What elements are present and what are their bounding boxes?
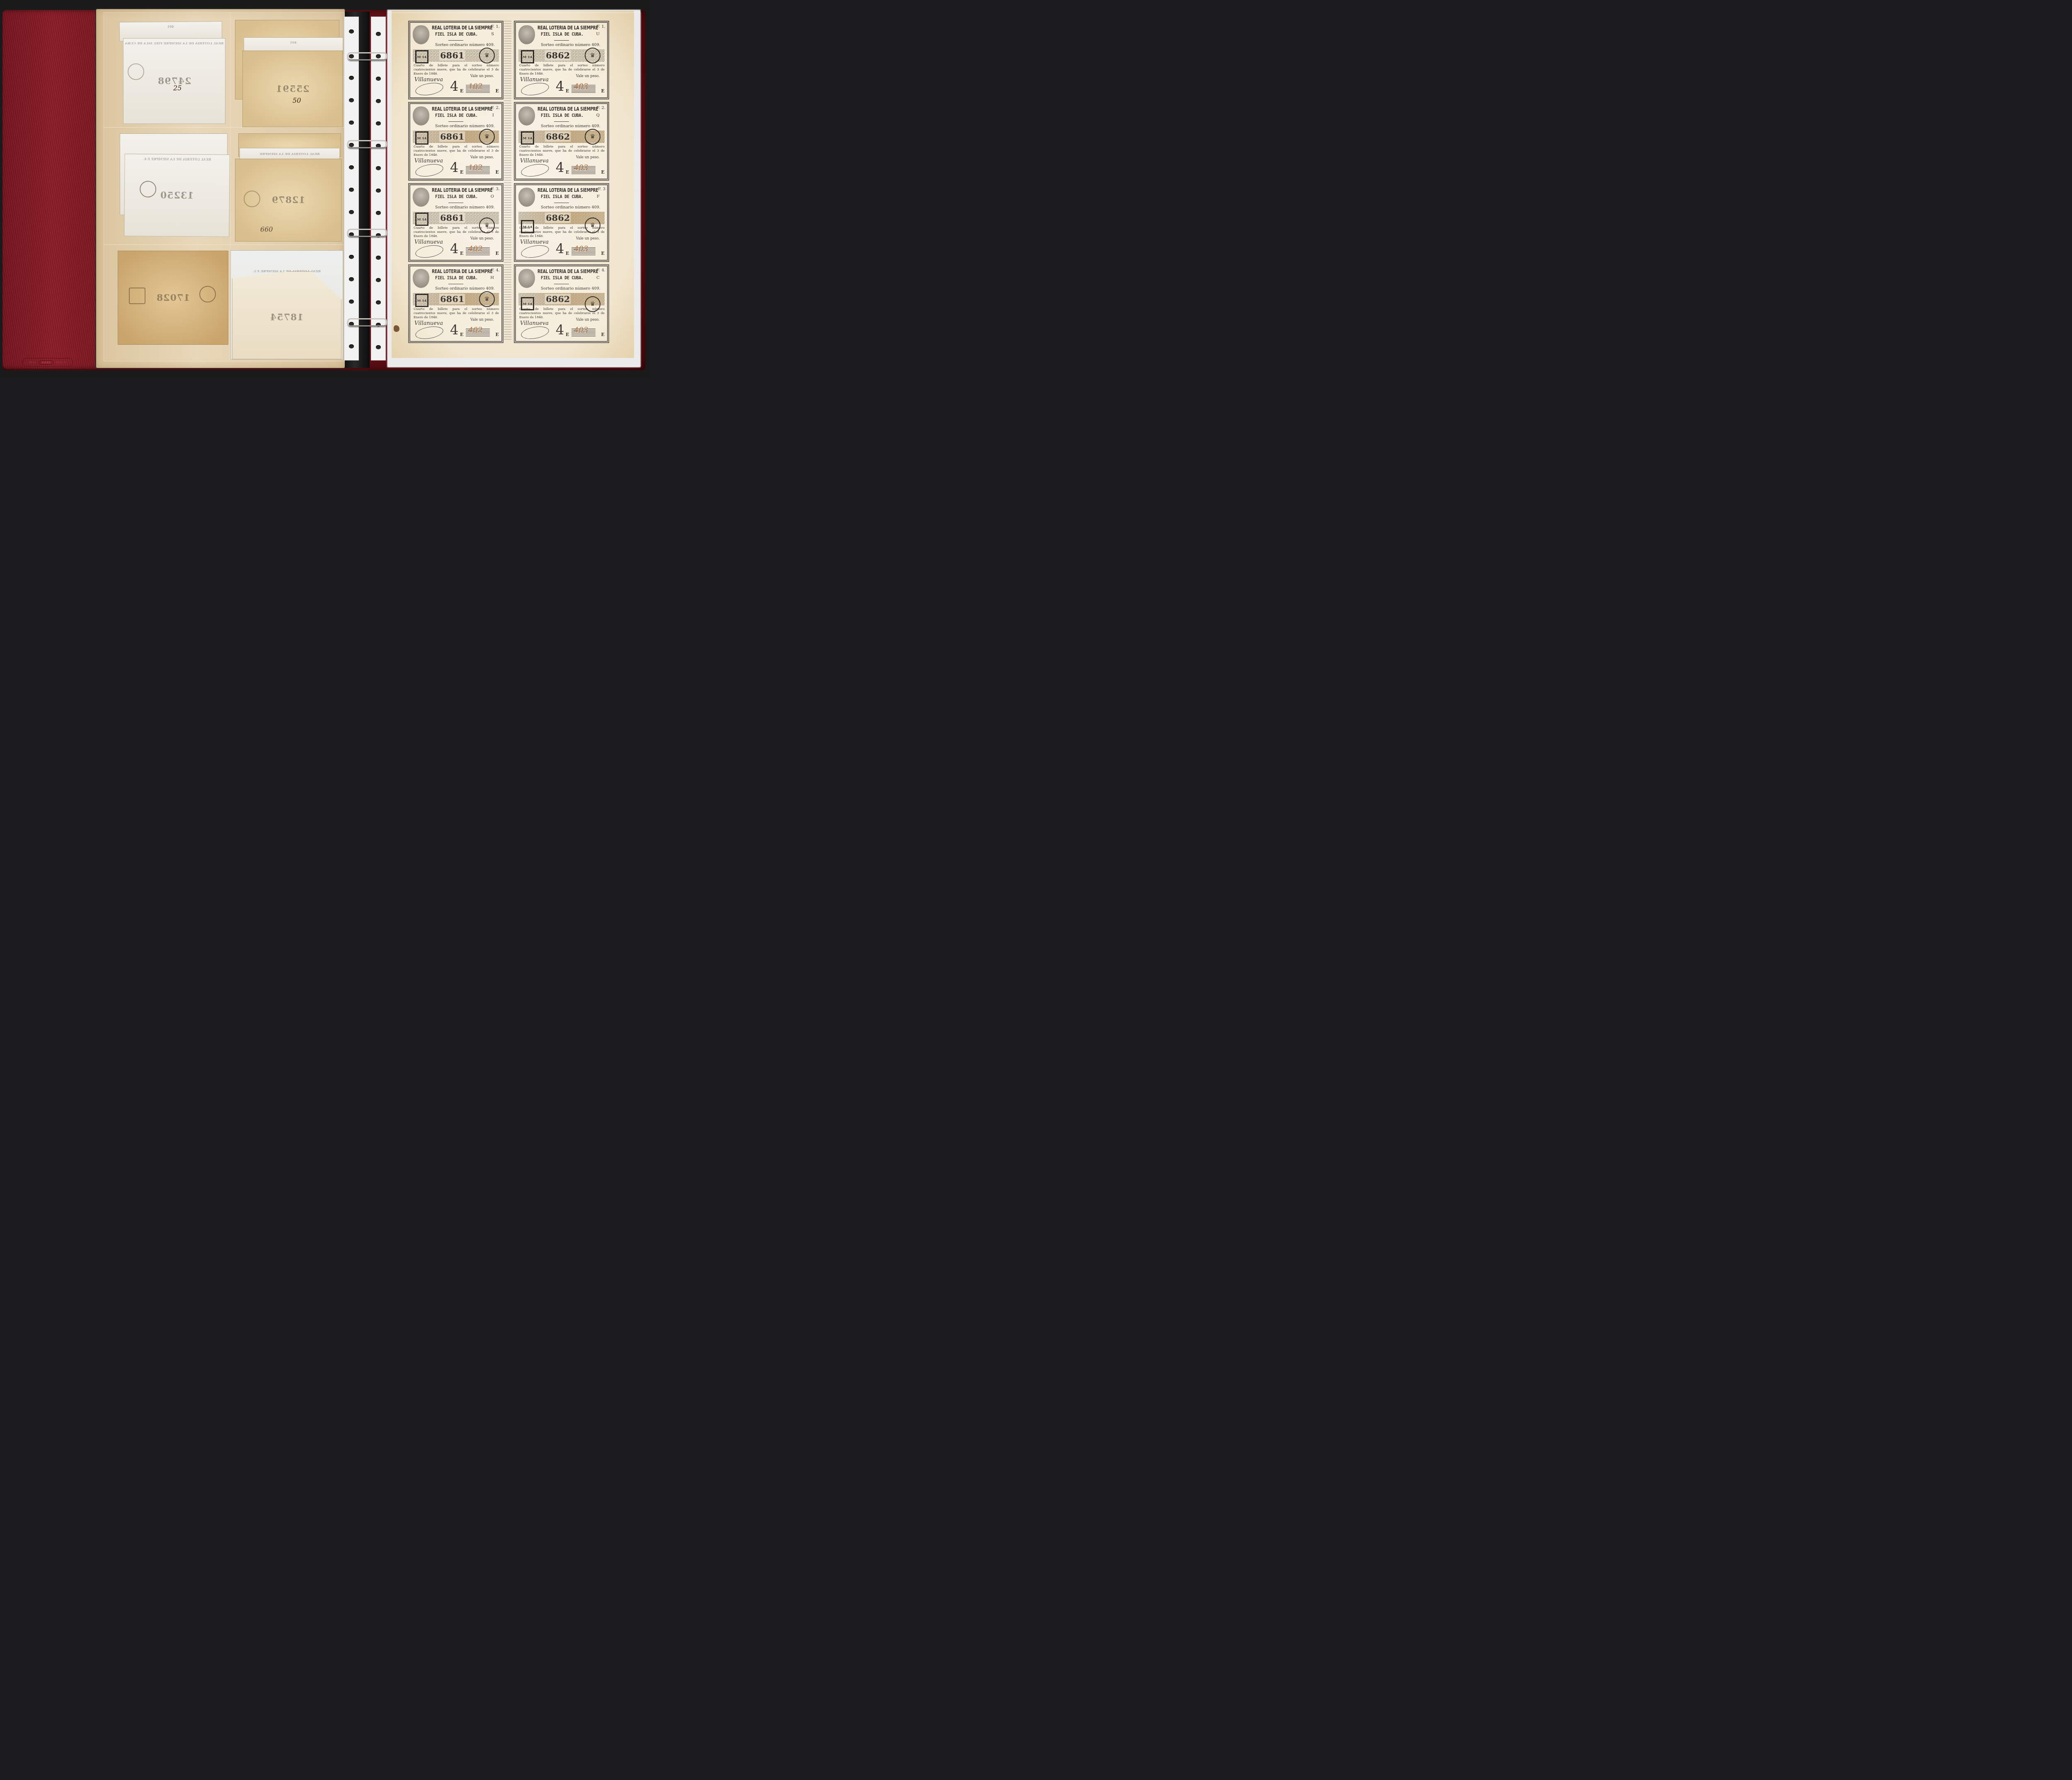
fraction-numeral: 4 [450,241,458,256]
pocket-divider [104,127,344,128]
lottery-ticket[interactable]: 25591 50 [242,51,343,127]
lottery-ticket-6861-f2[interactable]: REAL LOTERIA DE LA SIEMPRE FIEL ISLA DE … [408,102,503,181]
lottery-ticket[interactable]: REAL LOTERIA DE LA SIEMPRE F.4. 13250 [124,154,230,237]
coat-of-arms-icon [518,25,535,44]
crown-stamp-icon: ♛ [479,129,495,145]
fraction-numeral: 4 [556,160,564,175]
punch-hole [376,166,381,170]
album-photo: M.H. KABE 32A G 401 REAL LOTERIA DE LA S… [0,0,650,377]
square-stamp-icon: M 14 [415,294,428,307]
ticket-value: Vale un peso. [576,155,600,160]
ticket-draw-number: 401 [244,40,343,44]
ticket-number: 18754 [270,312,304,323]
divider [554,40,569,41]
punch-hole [376,256,381,260]
ticket-draw-number: 401 [120,24,222,29]
square-stamp-icon: M 14 [415,131,428,145]
punch-hole [349,344,354,348]
ticket-subtitle: FIEL ISLA DE CUBA. [541,276,583,281]
punch-hole [376,345,381,349]
square-stamp-icon: M 14 [521,50,534,63]
letter-e: E [460,169,463,175]
ticket-number: 6861 [439,50,465,60]
series-letter: C [596,276,600,280]
handwritten-number: 402 [468,326,482,335]
lottery-ticket-6861-f1[interactable]: REAL LOTERIA DE LA SIEMPRE FIEL ISLA DE … [408,21,503,99]
ticket-subtitle: FIEL ISLA DE CUBA. [541,32,583,37]
fraction-numeral: 4 [450,160,458,175]
sheet-center-border [504,21,511,340]
punch-hole [349,255,354,259]
square-stamp-icon: M 14 [521,131,534,145]
signature: Villanueva [520,158,549,164]
signature: Villanueva [414,158,443,164]
signature-flourish [520,162,550,178]
letter-e: E [601,251,605,256]
punch-hole [376,278,381,282]
signature-flourish [520,81,550,97]
punch-hole [349,98,354,102]
divider [448,203,463,203]
signature: Villanueva [520,320,549,326]
emboss-brand: KABE [39,360,53,365]
punch-hole [376,211,381,215]
lottery-ticket-6862-f3[interactable]: REAL LOTERIA DE LA SIEMPRE FIEL ISLA DE … [514,183,609,262]
left-page-punch-strip [344,17,359,360]
ticket-subtitle: FIEL ISLA DE CUBA. [435,276,478,281]
ticket-number: 6861 [439,213,465,223]
signature-flourish [414,162,444,178]
lottery-ticket-6862-f1[interactable]: REAL LOTERIA DE LA SIEMPRE FIEL ISLA DE … [514,21,609,99]
right-page-punch-strip [371,17,386,360]
signature-flourish [414,324,444,341]
ticket-value: Vale un peso. [470,318,494,322]
draw-label: Sorteo ordinario número 409. [541,286,600,291]
punch-hole [376,32,381,36]
ticket-value: Vale un peso. [576,74,600,78]
punch-hole [349,29,354,34]
ticket-number: 12879 [271,195,305,206]
ticket-subtitle: FIEL ISLA DE CUBA. [435,195,478,199]
ticket-number: 6862 [545,131,571,142]
ticket-value: Vale un peso. [576,318,600,322]
crown-stamp-icon: ♛ [479,48,495,63]
ticket-title: REAL LOTERIA DE LA SIEMPRE [432,106,493,112]
ticket-number: 6862 [545,294,571,304]
punch-hole [376,121,381,126]
folio-number: F. 2. [597,106,605,110]
coat-of-arms-icon [413,188,429,207]
square-stamp-icon: M 14 [415,50,428,63]
ticket-header: REAL LOTERIA DE LA SIEMPRE [240,152,339,156]
punch-hole [349,277,354,281]
ticket-title: REAL LOTERIA DE LA SIEMPRE [432,188,493,193]
ticket-title: REAL LOTERIA DE LA SIEMPRE [432,269,493,275]
series-letter: H [490,276,494,280]
divider [448,121,463,122]
binder-ring[interactable] [347,52,387,60]
punch-hole [349,76,354,80]
series-letter: S [491,32,494,36]
letter-e: E [460,251,463,256]
fraction-numeral: 4 [556,241,564,256]
punch-hole [376,99,381,103]
letter-e: E [496,251,499,256]
ticket-number: 17028 [156,293,190,303]
coat-of-arms-icon [518,269,535,288]
lottery-ticket[interactable]: REAL LOTERIA DE LA SIEMPRE FIEL ISLA DE … [123,38,225,124]
ticket-subtitle: FIEL ISLA DE CUBA. [541,195,583,199]
ticket-number: 6861 [439,131,465,142]
stamp-icon [199,286,216,302]
punch-hole [349,210,354,214]
stamp-icon [129,288,145,304]
coat-of-arms-icon [518,106,535,126]
divider [554,284,569,284]
ticket-title: REAL LOTERIA DE LA SIEMPRE [537,269,598,275]
punch-hole [349,188,354,192]
coat-of-arms-icon [518,188,535,207]
punch-hole [349,300,354,304]
letter-e: E [460,88,463,94]
burn-mark [394,325,399,332]
letter-e: E [460,332,463,337]
series-letter: U [596,32,600,36]
crown-stamp-icon: ♛ [585,129,600,145]
pocket-divider [104,244,344,245]
signature-flourish [414,243,444,259]
signature: Villanueva [520,77,549,83]
folio-number: F. 2. [491,106,500,110]
ticket-title: REAL LOTERIA DE LA SIEMPRE [537,25,598,31]
folio-number: F. 4. [491,268,500,273]
letter-e: E [496,169,499,175]
ticket-value: Vale un peso. [576,237,600,241]
draw-label: Sorteo ordinario número 409. [541,43,600,47]
punch-hole [376,300,381,305]
signature-flourish [414,81,444,97]
punch-hole [376,189,381,193]
ticket-header: REAL LOTERIA DE LA SIEMPRE FIEL ISLA DE … [123,41,225,45]
ticket-number: 6862 [545,213,571,223]
lottery-ticket-torn[interactable]: 18754 [232,271,341,359]
letter-e: E [496,332,499,337]
crown-stamp-icon: ♛ [479,291,495,307]
ticket-title: REAL LOTERIA DE LA SIEMPRE [537,188,598,193]
fraction-numeral: 4 [556,322,564,338]
folio-number: F. 4. [597,268,605,273]
handwritten-number: 402 [468,245,482,254]
lottery-ticket-6862-f2[interactable]: REAL LOTERIA DE LA SIEMPRE FIEL ISLA DE … [514,102,609,181]
ticket-title: REAL LOTERIA DE LA SIEMPRE [432,25,493,31]
lottery-ticket-6862-f4[interactable]: REAL LOTERIA DE LA SIEMPRE FIEL ISLA DE … [514,264,609,343]
ticket-number: 25591 [276,84,310,94]
coat-of-arms-icon [413,269,429,288]
signature-flourish [520,243,550,259]
draw-label: Sorteo ordinario número 409. [435,286,495,291]
stamp-icon [128,63,144,80]
square-stamp-icon: M 14 [415,213,428,226]
punch-hole [376,77,381,81]
handwritten-number: 102 [468,164,482,172]
folio-number: F. 1. [597,24,605,29]
ticket-number: 6862 [545,50,571,60]
emboss-left-text: M.H. [29,361,37,364]
letter-e: E [566,169,569,175]
handwritten-note: 50 [293,97,301,104]
letter-e: E [601,88,605,94]
binder-ring[interactable] [347,140,387,148]
ticket-subtitle: FIEL ISLA DE CUBA. [435,32,478,37]
ticket-value: Vale un peso. [470,237,494,241]
handwritten-note: 25 [173,84,182,92]
letter-e: E [601,169,605,175]
series-letter: F [597,194,600,199]
ticket-subtitle: FIEL ISLA DE CUBA. [541,114,583,118]
ticket-number: 13250 [160,190,194,201]
series-letter: O [491,194,494,199]
ticket-header: REAL LOTERIA DE LA SIEMPRE F.4. [125,157,230,162]
ticket-title: REAL LOTERIA DE LA SIEMPRE [537,106,598,112]
binder-ring[interactable] [347,229,387,237]
handwritten-number: 403 [574,164,588,172]
divider [554,121,569,122]
letter-e: E [566,88,569,94]
draw-label: Sorteo ordinario número 409. [435,124,495,128]
fraction-numeral: 4 [556,78,564,94]
lottery-ticket-6861-f4[interactable]: REAL LOTERIA DE LA SIEMPRE FIEL ISLA DE … [408,264,503,343]
ticket-value: Vale un peso. [470,155,494,160]
draw-label: Sorteo ordinario número 409. [435,205,495,210]
lottery-ticket[interactable]: 17028 [118,251,228,345]
punch-hole [349,121,354,125]
letter-e: E [496,88,499,94]
draw-label: Sorteo ordinario número 409. [541,124,600,128]
folio-number: F. 3 [598,187,605,191]
signature: Villanueva [414,77,443,83]
divider [448,40,463,41]
binder-cover-left-flap: M.H. KABE 32A G [2,10,103,369]
handwritten-number: 403 [574,82,588,91]
binder-ring[interactable] [347,318,387,326]
folio-number: F. 3. [491,187,500,191]
folio-number: F. 1. [491,24,500,29]
emboss-right-text: 32A G [56,361,66,364]
letter-e: E [601,332,605,337]
divider [554,203,569,203]
stamp-icon [140,181,156,197]
handwritten-number: 102 [468,82,482,91]
handwritten-number: 403 [574,326,588,335]
ticket-number: 6861 [439,294,465,304]
lottery-ticket[interactable]: 12879 660 [235,159,341,242]
divider [448,284,463,284]
signature-flourish [520,324,550,341]
signature: Villanueva [520,239,549,245]
coat-of-arms-icon [413,25,429,44]
letter-e: E [566,332,569,337]
lottery-ticket-6861-f3[interactable]: REAL LOTERIA DE LA SIEMPRE FIEL ISLA DE … [408,183,503,262]
coat-of-arms-icon [413,106,429,126]
letter-e: E [566,251,569,256]
cover-emboss-logo: M.H. KABE 32A G [22,358,73,367]
draw-label: Sorteo ordinario número 409. [435,43,495,47]
fraction-numeral: 4 [450,322,458,338]
handwritten-note: 660 [260,225,273,233]
ticket-subtitle: FIEL ISLA DE CUBA. [435,114,478,118]
series-letter: Q [596,113,600,118]
series-letter: I [492,113,494,118]
signature: Villanueva [414,320,443,326]
ticket-value: Vale un peso. [470,74,494,78]
signature: Villanueva [414,239,443,245]
punch-hole [349,165,354,169]
stamp-icon [244,191,260,207]
fraction-numeral: 4 [450,78,458,94]
draw-label: Sorteo ordinario número 409. [541,205,600,210]
handwritten-number: 403 [574,245,588,254]
crown-stamp-icon: ♛ [585,48,600,63]
